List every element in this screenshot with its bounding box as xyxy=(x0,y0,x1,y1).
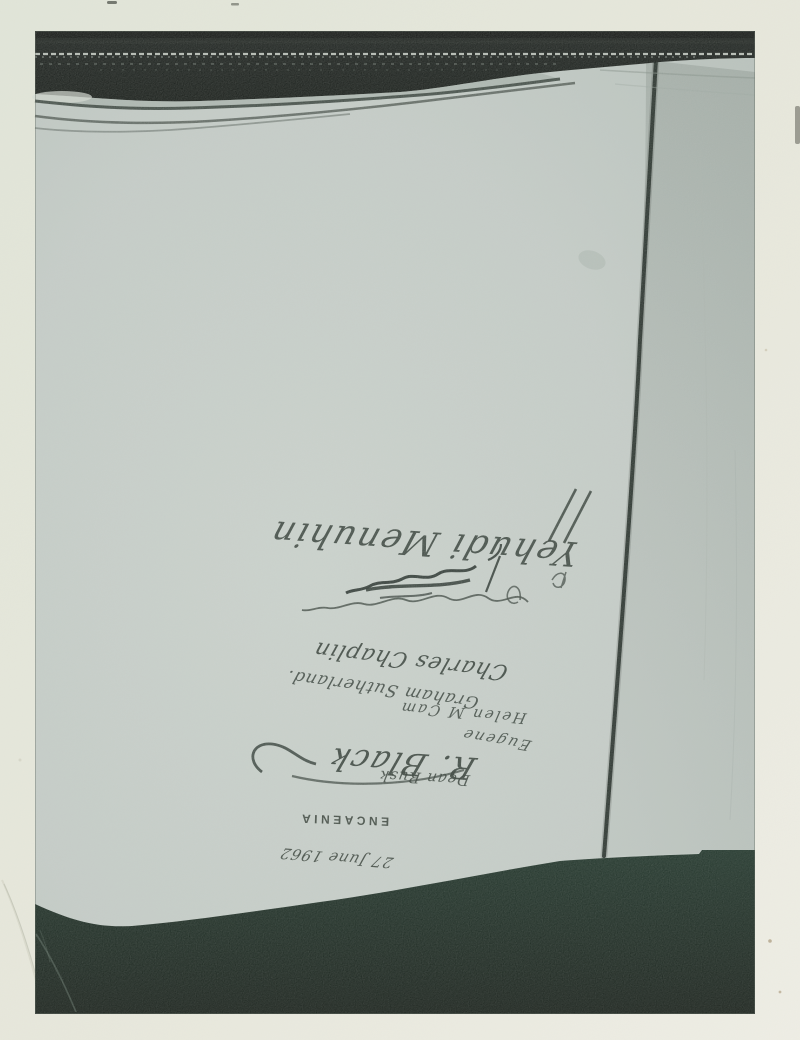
photo-scene: Yehudi Menuhin Charles Chaplin Graham Su… xyxy=(0,0,800,1040)
photograph-print: Yehudi Menuhin Charles Chaplin Graham Su… xyxy=(0,0,800,1040)
print-grain-texture xyxy=(0,0,800,1040)
